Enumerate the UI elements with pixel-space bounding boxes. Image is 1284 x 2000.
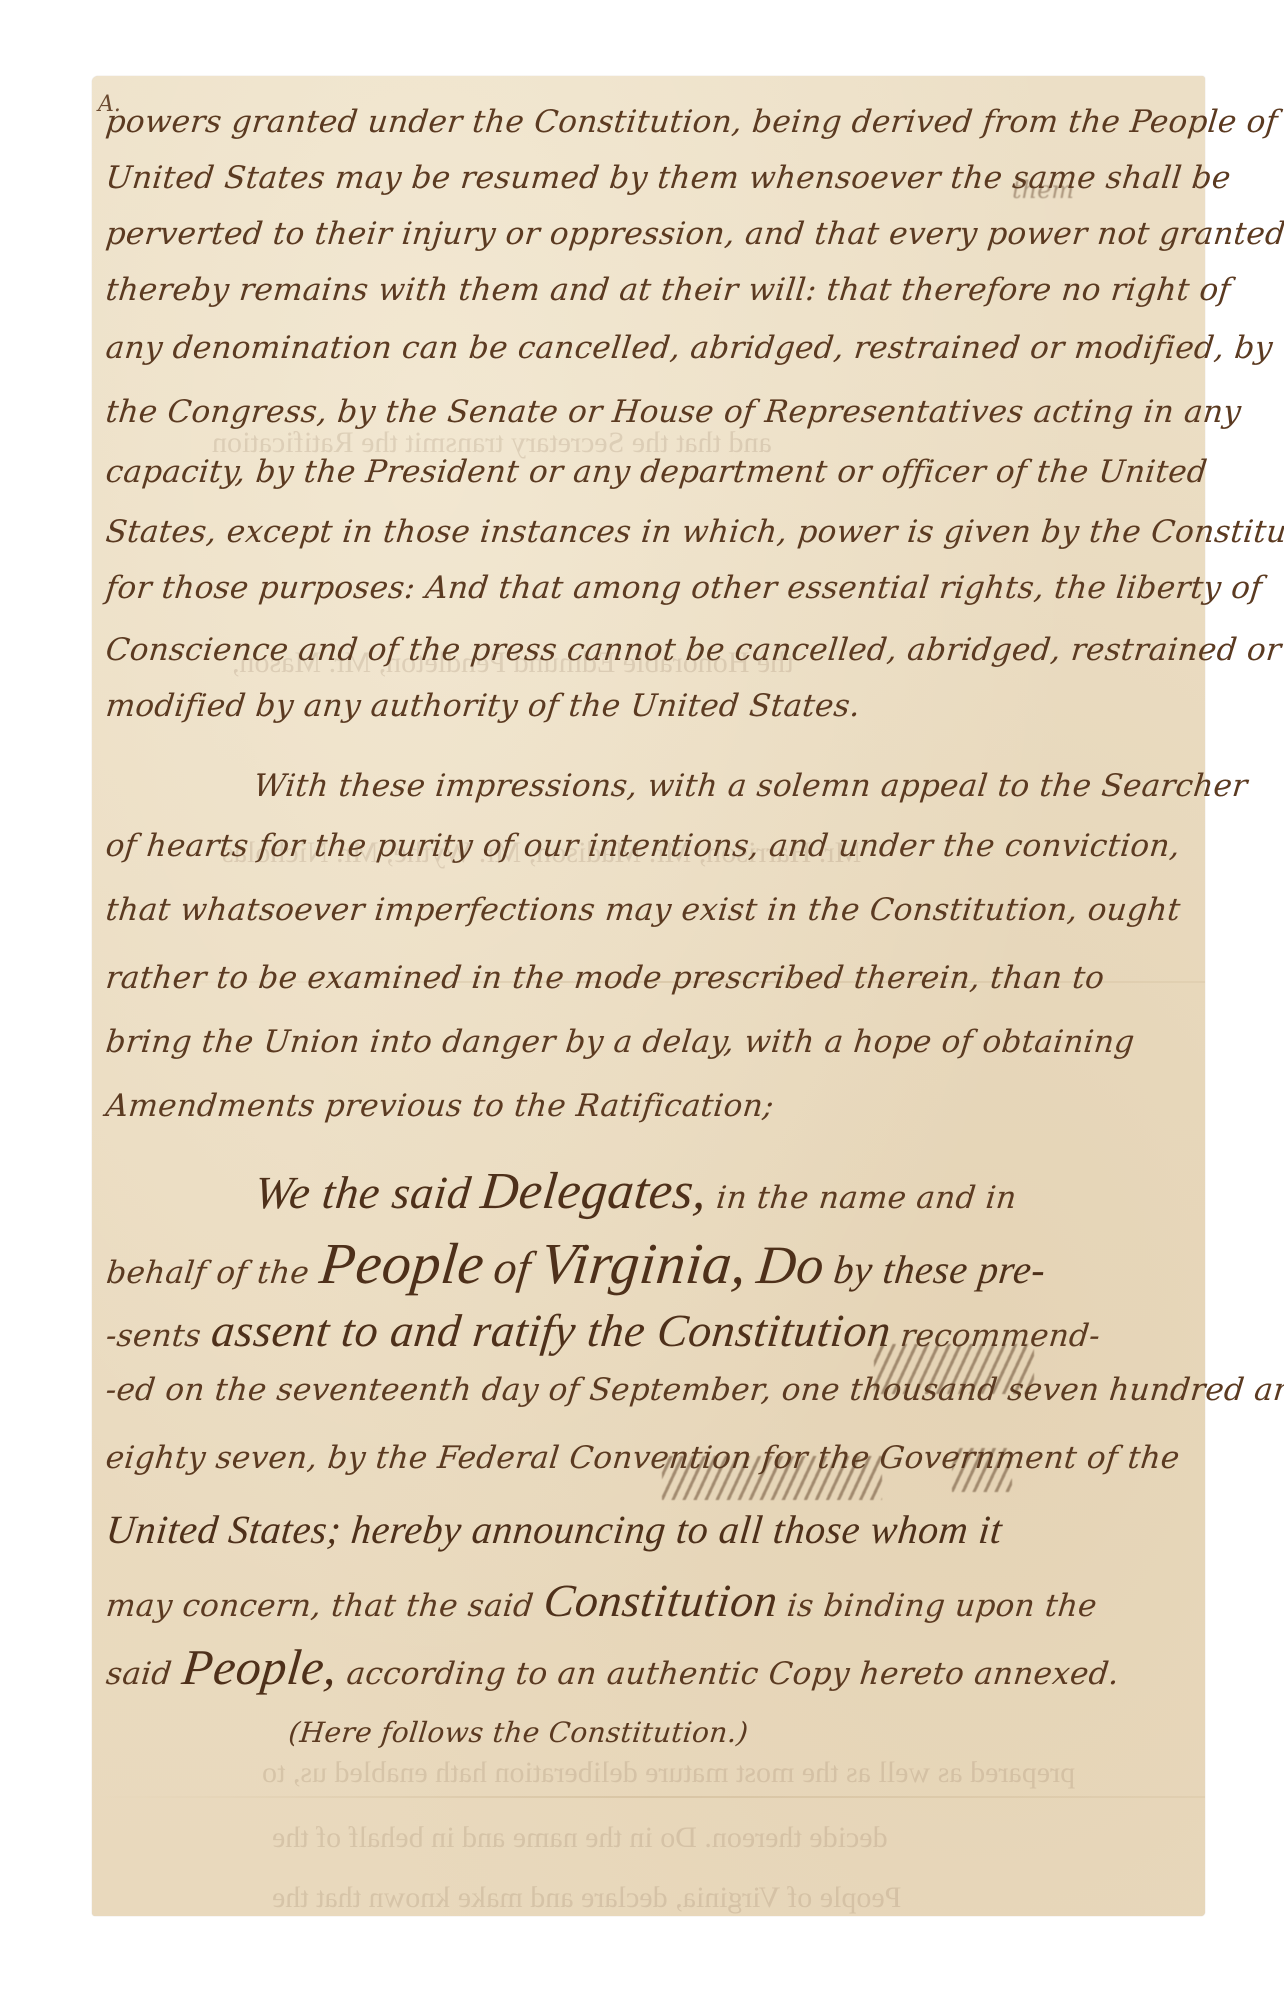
- ink-strikethrough: [952, 1448, 1012, 1492]
- people-word: People: [317, 1231, 488, 1296]
- text-line: the Congress, by the Senate or House of …: [104, 394, 1243, 430]
- bleed-through-text: decide thereon. Do in the name and in be…: [272, 1821, 888, 1855]
- fold-crease: [92, 1796, 1205, 1798]
- ratification-line: -ed on the seventeenth day of September,…: [104, 1372, 1284, 1408]
- struck-word: them: [1012, 176, 1074, 204]
- text-line: bring the Union into danger by a delay, …: [104, 1024, 1136, 1060]
- delegates-word: Delegates,: [478, 1163, 710, 1220]
- ratification-line: said People, according to an authentic C…: [104, 1638, 1123, 1696]
- bleed-through-text: prepared as well as the most mature deli…: [262, 1756, 1075, 1790]
- manuscript-page: and that the Secretary transmit the Rati…: [92, 76, 1205, 1916]
- text-line: modified by any authority of the United …: [104, 688, 862, 724]
- ratification-line: We the said Delegates, in the name and i…: [252, 1162, 1020, 1221]
- text-line: that whatsoever imperfections may exist …: [104, 892, 1182, 928]
- ratification-line: may concern, that the said Constitution …: [104, 1574, 1100, 1627]
- text-line: States, except in those instances in whi…: [104, 514, 1284, 550]
- text-line: of hearts for the purity of our intentio…: [104, 828, 1182, 864]
- text-line: rather to be examined in the mode prescr…: [104, 960, 1106, 996]
- bleed-through-text: People of Virginia, declare and make kno…: [272, 1881, 901, 1915]
- ratification-line: United States; hereby announcing to all …: [104, 1506, 1005, 1553]
- ratification-line: behalf of the People of Virginia, Do by …: [104, 1230, 1050, 1297]
- text-line: powers granted under the Constitution, b…: [104, 104, 1284, 140]
- text-line: With these impressions, with a solemn ap…: [252, 768, 1249, 804]
- text-line: capacity, by the President or any depart…: [104, 454, 1209, 490]
- text-line: for those purposes: And that among other…: [104, 570, 1264, 606]
- constitution-note: (Here follows the Constitution.): [287, 1716, 750, 1749]
- ratification-line: eighty seven, by the Federal Convention …: [104, 1440, 1182, 1476]
- ink-strikethrough: [662, 1456, 882, 1500]
- virginia-word: Virginia,: [538, 1231, 751, 1296]
- text-line: any denomination can be cancelled, abrid…: [104, 330, 1274, 366]
- text-line: Amendments previous to the Ratification;: [104, 1088, 776, 1124]
- text-line: thereby remains with them and at their w…: [104, 272, 1232, 308]
- text-line: Conscience and of the press cannot be ca…: [104, 632, 1283, 668]
- text-line: perverted to their injury or oppression,…: [104, 216, 1284, 252]
